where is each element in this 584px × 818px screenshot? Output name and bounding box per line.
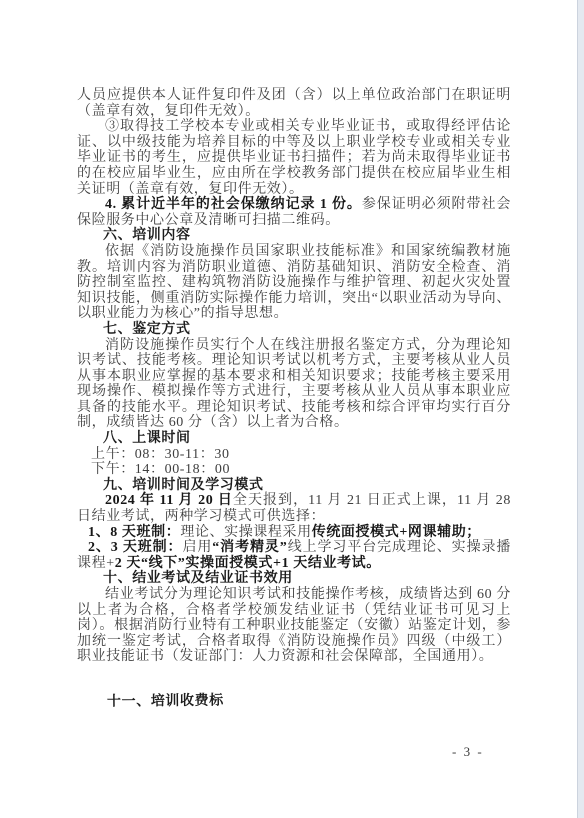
paragraph-item-3: ③取得技工学校本专业或相关专业毕业证书，或取得经评估论证、以中级技能为培养目标的… [77,119,511,197]
document-text-block: 人员应提供本人证件复印件及团（含）以上单位政治部门在职证明（盖章有效，复印件无效… [77,88,511,711]
text-run-bold: “消考精灵” [212,540,287,555]
text-run-bold: 2024 年 11 月 20 日 [105,493,233,508]
heading-text: 六、培训内容 [103,228,191,243]
paragraph-assessment-method: 消防设施操作员实行个人在线注册报名鉴定方式，分为理论知识考试、技能考核。理论知识… [77,338,511,432]
heading-text: 十一、培训收费标 [107,693,224,709]
text-run-bold: 1、8 天班制： [88,525,180,540]
class-time-morning: 上午：08：30-11：30 [77,447,511,463]
text-run: 下午：14：00-18：00 [91,462,230,477]
heading-text: 九、培训时间及学习模式 [103,478,264,493]
text-run: 人员应提供本人证件复印件及团（含）以上单位政治部门在职证明（盖章有效，复印件无效… [77,88,511,119]
list-item-3-day-class: 2、3 天班制：启用“消考精灵”线上学习平台完成理论、实操录播课程+2 天“线下… [77,540,511,571]
text-run-bold: 2、3 天班制： [88,540,182,555]
section-heading-9: 九、培训时间及学习模式 [77,478,511,494]
paragraph-training-content: 依据《消防设施操作员国家职业技能标准》和国家统编教材施教。培训内容为消防职业道德… [77,244,511,322]
section-heading-10: 十、结业考试及结业证书效用 [77,571,511,587]
heading-text: 八、上课时间 [103,431,191,446]
text-run-bold: 传统面授模式+网课辅助； [312,525,481,540]
text-run: ③取得技工学校本专业或相关专业毕业证书，或取得经评估论证、以中级技能为培养目标的… [77,119,511,196]
text-run-bold: 2 天“线下”实操面授模式+1 天结业考试。 [115,556,381,571]
paragraph-schedule: 2024 年 11 月 20 日全天报到，11 月 21 日正式上课，11 月 … [77,493,511,524]
heading-text: 七、鉴定方式 [103,322,191,337]
text-run: 上午：08：30-11：30 [91,447,230,462]
text-run: 理论、实操课程采用 [180,525,311,540]
viewer-edge-strip [577,0,584,818]
text-run: 结业考试分为理论知识考试和技能操作考核，成绩皆达到 60 分以上者为合格，合格者… [77,587,511,664]
heading-text: 十、结业考试及结业证书效用 [103,571,293,586]
paragraph-continuation: 人员应提供本人证件复印件及团（含）以上单位政治部门在职证明（盖章有效，复印件无效… [77,88,511,119]
text-run: 依据《消防设施操作员国家职业技能标准》和国家统编教材施教。培训内容为消防职业道德… [77,244,511,321]
paragraph-item-4: 4. 累计近半年的社会保缴纳记录 1 份。参保证明必须附带社会保险服务中心公章及… [77,197,511,228]
list-item-8-day-class: 1、8 天班制：理论、实操课程采用传统面授模式+网课辅助； [77,525,511,541]
text-run-bold: 4. 累计近半年的社会保缴纳记录 1 份。 [105,197,362,212]
section-heading-6: 六、培训内容 [77,228,511,244]
document-page: 人员应提供本人证件复印件及团（含）以上单位政治部门在职证明（盖章有效，复印件无效… [0,0,584,818]
section-heading-8: 八、上课时间 [77,431,511,447]
paragraph-certificate-use: 结业考试分为理论知识考试和技能操作考核，成绩皆达到 60 分以上者为合格，合格者… [77,587,511,665]
section-heading-11: 十一、培训收费标 [77,690,511,710]
section-heading-7: 七、鉴定方式 [77,322,511,338]
class-time-afternoon: 下午：14：00-18：00 [77,462,511,478]
text-run: 启用 [182,540,212,555]
text-run: 消防设施操作员实行个人在线注册报名鉴定方式，分为理论知识考试、技能考核。理论知识… [77,338,511,431]
page-number: - 3 - [452,744,484,760]
